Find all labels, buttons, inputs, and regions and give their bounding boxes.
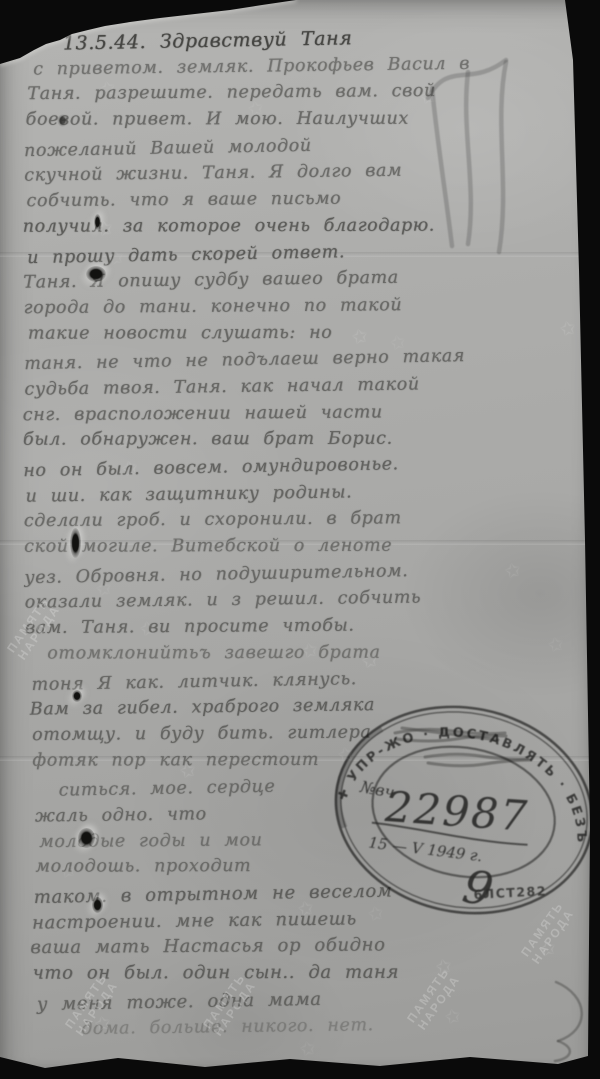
handwritten-line: собчить. что я ваше письмо bbox=[26, 184, 587, 215]
handwritten-line: ваша мать Настасья ор обидно bbox=[30, 931, 595, 962]
stamp-reg-number: 22987 bbox=[383, 782, 531, 841]
letter-paper: 13.5.44. Здравствуй Таняс приветом. земл… bbox=[0, 0, 600, 1079]
handwritten-line: дома. больше. никого. нет. bbox=[81, 1010, 596, 1043]
handwritten-line: снг. врасположении нашей части bbox=[23, 397, 590, 428]
ink-blot bbox=[57, 114, 68, 127]
paper-hole bbox=[70, 528, 81, 558]
paper-hole bbox=[94, 214, 101, 230]
paper-hole bbox=[72, 690, 82, 702]
handwritten-line: вам. Таня. ви просите чтобы. bbox=[25, 611, 592, 642]
paper-hole bbox=[92, 897, 103, 913]
handwritten-line: Таня. разрешите. передать вам. свой bbox=[27, 77, 586, 108]
paper-hole bbox=[78, 828, 95, 848]
paper-hole bbox=[86, 266, 106, 282]
star-watermark-icon: ✩ bbox=[298, 1037, 318, 1062]
star-watermark-icon: ✩ bbox=[28, 23, 48, 48]
handwritten-line: сделали гроб. и схоронили. в брат bbox=[24, 504, 591, 535]
letter-scan: 13.5.44. Здравствуй Таняс приветом. земл… bbox=[0, 0, 600, 1079]
handwritten-line: города до тани. конечно по такой bbox=[24, 291, 589, 322]
